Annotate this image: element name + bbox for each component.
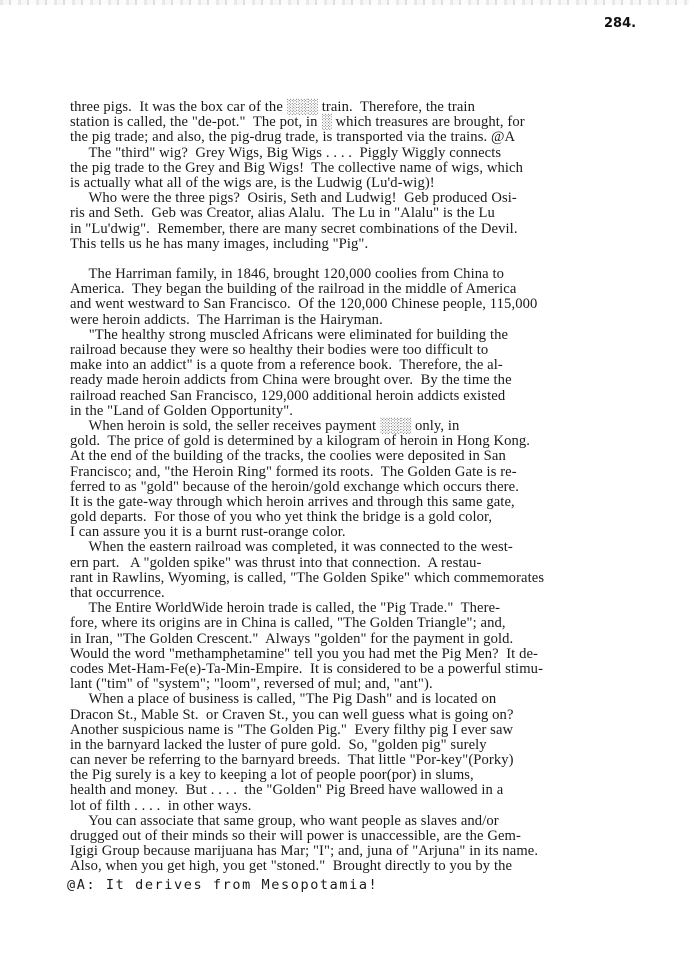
paragraph-gap <box>70 252 689 267</box>
footnote: @A: It derives from Mesopotamia! <box>67 877 378 893</box>
text-line: in the "Land of Golden Opportunity". <box>70 404 689 419</box>
text-line: can never be referring to the barnyard b… <box>70 753 689 768</box>
text-line: America. They began the building of the … <box>70 282 689 297</box>
text-line: Another suspicious name is "The Golden P… <box>70 723 689 738</box>
text-line: codes Met-Ham-Fe(e)-Ta-Min-Empire. It is… <box>70 662 689 677</box>
text-line: Who were the three pigs? Osiris, Seth an… <box>70 191 689 206</box>
text-line: railroad reached San Francisco, 129,000 … <box>70 389 689 404</box>
text-line: When the eastern railroad was completed,… <box>70 540 689 555</box>
text-line: The "third" wig? Grey Wigs, Big Wigs . .… <box>70 146 689 161</box>
text-line: gold. The price of gold is determined by… <box>70 434 689 449</box>
text-line: Igigi Group because marijuana has Mar; "… <box>70 844 689 859</box>
text-line: Would the word "methamphetamine" tell yo… <box>70 647 689 662</box>
text-line: that occurrence. <box>70 586 689 601</box>
text-line: the pig trade; and also, the pig-drug tr… <box>70 130 689 145</box>
text-line: The Entire WorldWide heroin trade is cal… <box>70 601 689 616</box>
text-line: You can associate that same group, who w… <box>70 814 689 829</box>
text-line: The Harriman family, in 1846, brought 12… <box>70 267 689 282</box>
text-line: station is called, the "de-pot." The pot… <box>70 115 689 130</box>
scan-edge-artifact <box>0 0 689 5</box>
text-line: fore, where its origins are in China is … <box>70 616 689 631</box>
text-line: ris and Seth. Geb was Creator, alias Ala… <box>70 206 689 221</box>
text-line: It is the gate-way through which heroin … <box>70 495 689 510</box>
text-line: rant in Rawlins, Wyoming, is called, "Th… <box>70 571 689 586</box>
document-body: three pigs. It was the box car of the ░░… <box>70 100 689 875</box>
text-line: ern part. A "golden spike" was thrust in… <box>70 556 689 571</box>
text-line: At the end of the building of the tracks… <box>70 449 689 464</box>
text-line: Also, when you get high, you get "stoned… <box>70 859 689 874</box>
text-line: three pigs. It was the box car of the ░░… <box>70 100 689 115</box>
text-line: gold departs. For those of you who yet t… <box>70 510 689 525</box>
text-line: drugged out of their minds so their will… <box>70 829 689 844</box>
text-line: in "Lu'dwig". Remember, there are many s… <box>70 222 689 237</box>
text-line: health and money. But . . . . the "Golde… <box>70 783 689 798</box>
text-line: ready made heroin addicts from China wer… <box>70 373 689 388</box>
text-line: Dracon St., Mable St. or Craven St., you… <box>70 708 689 723</box>
text-line: Francisco; and, "the Heroin Ring" formed… <box>70 465 689 480</box>
text-line: lant ("tim" of "system"; "loom", reverse… <box>70 677 689 692</box>
text-line: "The healthy strong muscled Africans wer… <box>70 328 689 343</box>
text-line: make into an addict" is a quote from a r… <box>70 358 689 373</box>
text-line: When a place of business is called, "The… <box>70 692 689 707</box>
text-line: lot of filth . . . . in other ways. <box>70 799 689 814</box>
text-line: ferred to as "gold" because of the heroi… <box>70 480 689 495</box>
text-line: When heroin is sold, the seller receives… <box>70 419 689 434</box>
text-line: in the barnyard lacked the luster of pur… <box>70 738 689 753</box>
text-line: is actually what all of the wigs are, is… <box>70 176 689 191</box>
text-line: the pig trade to the Grey and Big Wigs! … <box>70 161 689 176</box>
text-line: in Iran, "The Golden Crescent." Always "… <box>70 632 689 647</box>
text-line: the Pig surely is a key to keeping a lot… <box>70 768 689 783</box>
text-line: railroad because they were so healthy th… <box>70 343 689 358</box>
page-number: 284. <box>604 16 636 31</box>
text-line: This tells us he has many images, includ… <box>70 237 689 252</box>
text-line: and went westward to San Francisco. Of t… <box>70 297 689 312</box>
text-line: were heroin addicts. The Harriman is the… <box>70 313 689 328</box>
text-line: I can assure you it is a burnt rust-oran… <box>70 525 689 540</box>
